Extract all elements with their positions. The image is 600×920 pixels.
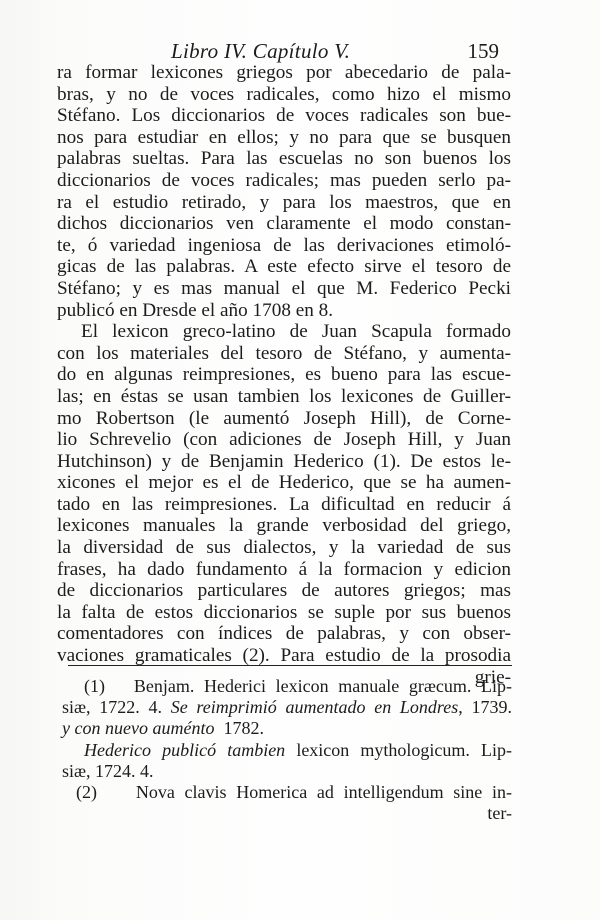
text-line: bras, y no de voces radicales, como hizo…: [57, 84, 511, 106]
footnote-1-italic: Hederico publicó tambien: [84, 740, 285, 760]
running-title: Libro IV. Capítulo V.: [171, 38, 350, 64]
running-head: Libro IV. Capítulo V. 159: [57, 38, 513, 64]
footnotes: (1) Benjam. Hederici lexicon manuale græ…: [62, 676, 512, 824]
footnote-1-marker: (1): [84, 676, 105, 696]
text-line: lexicones manuales la grande verbosidad …: [57, 515, 511, 537]
text-line: de diccionarios particulares de autores …: [57, 580, 511, 602]
text-line: do en algunas reimpresiones, es bueno pa…: [57, 364, 511, 386]
footnote-1-text: Benjam. Hederici lexicon manuale græcum.…: [134, 676, 512, 696]
footnote-1-line: siæ, 1724. 4.: [62, 761, 512, 782]
body-text: ra formar lexicones griegos por abecedar…: [57, 62, 511, 688]
book-page: Libro IV. Capítulo V. 159 ra formar lexi…: [0, 0, 600, 920]
text-line: la diversidad de sus dialectos, y la var…: [57, 537, 511, 559]
text-line: te, ó variedad ingeniosa de las derivaci…: [57, 235, 511, 257]
paragraph-start-line: El lexicon greco-latino de Juan Scapula …: [57, 321, 511, 343]
text-line: ra el estudio retirado, y para los maest…: [57, 192, 511, 214]
footnote-1-line: siæ, 1722. 4. Se reimprimió aumentado en…: [62, 697, 512, 718]
footnote-1-year: , 1739.: [458, 697, 512, 717]
text-line: diccionarios de voces radicales; mas pue…: [57, 170, 511, 192]
footnote-rule: [68, 665, 512, 666]
footnote-1-text: lexicon mythologicum. Lip-: [296, 740, 512, 760]
footnote-1-citation: siæ, 1722. 4.: [62, 697, 162, 717]
text-line: mo Robertson (le aumentó Joseph Hill), d…: [57, 408, 511, 430]
text-line: Stéfano; y es mas manual el que M. Feder…: [57, 278, 511, 300]
text-line: con los materiales del tesoro de Stéfano…: [57, 343, 511, 365]
footnote-1-line: y con nuevo auménto 1782.: [62, 718, 512, 739]
text-line: publicó en Dresde el año 1708 en 8.: [57, 300, 511, 322]
page-number: 159: [468, 38, 500, 64]
text-line: frases, ha dado fundamento á la formacio…: [57, 559, 511, 581]
footnote-2-marker: (2): [76, 782, 97, 802]
text-line: Stéfano. Los diccionarios de voces radic…: [57, 105, 511, 127]
footnote-1-year: 1782.: [223, 718, 264, 738]
text-line: la falta de estos diccionarios se suple …: [57, 602, 511, 624]
text-line: vaciones gramaticales (2). Para estudio …: [57, 645, 511, 667]
text-line: xicones el mejor es el de Hederico, que …: [57, 472, 511, 494]
footnote-catchword: ter-: [62, 803, 512, 824]
text-line: ra formar lexicones griegos por abecedar…: [57, 62, 511, 84]
text-line: tado en las reimpresiones. La dificultad…: [57, 494, 511, 516]
text-line: las; en éstas se usan tambien los lexico…: [57, 386, 511, 408]
footnote-1-italic: Se reimprimió aumentado en Londres: [171, 697, 459, 717]
footnote-1-line: (1) Benjam. Hederici lexicon manuale græ…: [62, 676, 512, 697]
text-line: lio Schrevelio (con adiciones de Joseph …: [57, 429, 511, 451]
footnote-2-line: (2) Nova clavis Homerica ad intelligendu…: [62, 782, 512, 803]
footnote-1-line: Hederico publicó tambien lexicon mytholo…: [62, 740, 512, 761]
footnote-2-text: Nova clavis Homerica ad intelligendum si…: [136, 782, 512, 802]
footnote-1-italic: y con nuevo auménto: [62, 718, 214, 738]
text-line: nos para estudiar en ellos; y no para qu…: [57, 127, 511, 149]
text-line: Hutchinson) y de Benjamin Hederico (1). …: [57, 451, 511, 473]
text-line: dichos diccionarios ven claramente el mo…: [57, 213, 511, 235]
text-line: comentadores con índices de palabras, y …: [57, 623, 511, 645]
text-line: gicas de las palabras. A este efecto sir…: [57, 256, 511, 278]
text-line: palabras sueltas. Para las escuelas no s…: [57, 148, 511, 170]
